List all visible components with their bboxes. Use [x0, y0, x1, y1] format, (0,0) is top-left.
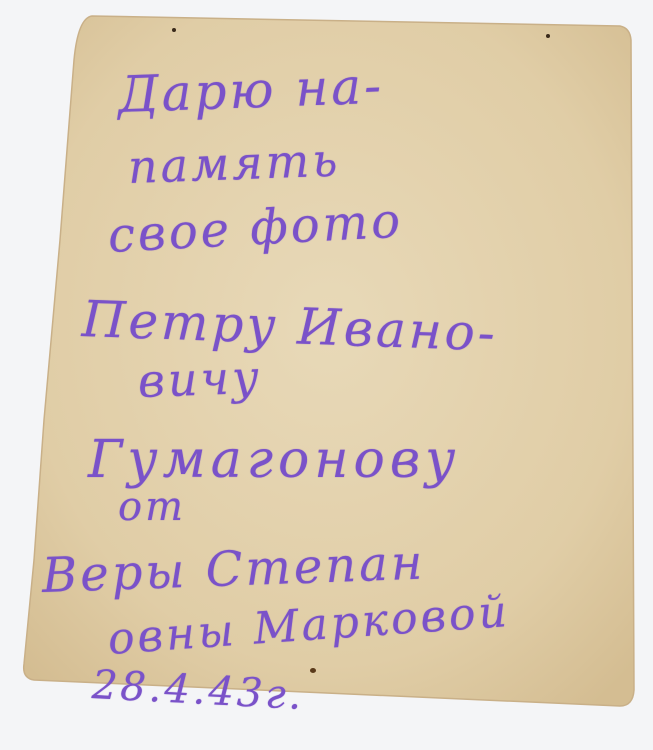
handwriting-line-7: от — [118, 484, 186, 530]
handwriting-line-6: Гумагонову — [88, 430, 460, 490]
handwriting-line-5: вичу — [137, 350, 263, 408]
speck — [546, 34, 550, 38]
handwriting-line-1: Дарю на- — [117, 57, 385, 124]
speck — [310, 668, 316, 673]
handwriting-line-2: память — [127, 133, 341, 194]
speck — [172, 28, 176, 32]
photo-card-back: Дарю на- память свое фото Петру Ивано- в… — [0, 0, 653, 750]
